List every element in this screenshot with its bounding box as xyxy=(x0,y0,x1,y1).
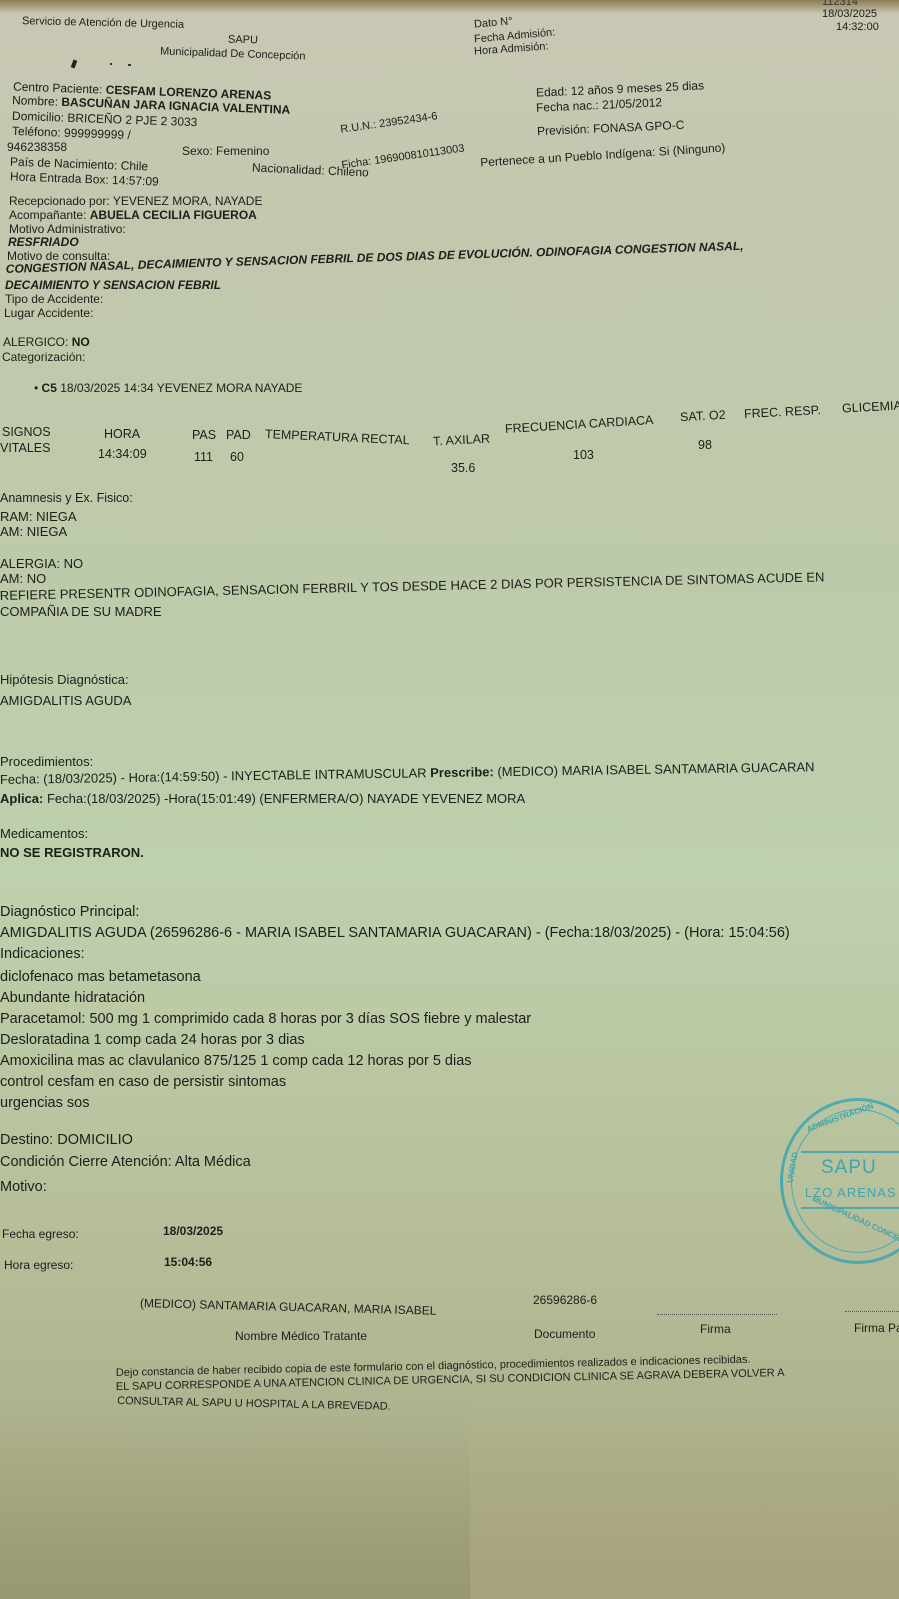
firma-label: Firma xyxy=(700,1322,731,1336)
vitals-header-hora: HORA xyxy=(104,427,140,441)
pueblo-label: Pertenece a un Pueblo Indígena: xyxy=(480,145,656,170)
hora-egreso-label: Hora egreso: xyxy=(4,1258,73,1272)
vitals-value-pad: 60 xyxy=(230,450,244,464)
firma-paciente-line xyxy=(845,1311,899,1312)
prevision-label: Previsión: xyxy=(537,122,590,138)
anamnesis-line: AM: NO xyxy=(0,571,46,586)
sexo: Sexo: Femenino xyxy=(182,144,269,158)
diagnostico-value: AMIGDALITIS AGUDA (26596286-6 - MARIA IS… xyxy=(0,925,790,941)
run-label: R.U.N.: xyxy=(340,119,377,136)
prevision-value: FONASA GPO-C xyxy=(593,118,685,136)
hipotesis-value: AMIGDALITIS AGUDA xyxy=(0,693,131,708)
paper-top-edge xyxy=(0,0,899,14)
indicaciones-title: Indicaciones: xyxy=(0,946,85,962)
telefono-value-2: 946238358 xyxy=(7,140,67,154)
municipality-name: Municipalidad De Concepción xyxy=(160,45,306,62)
indicacion-item: Desloratadina 1 comp cada 24 horas por 3… xyxy=(0,1032,305,1048)
aplica-value: Fecha:(18/03/2025) -Hora(15:01:49) (ENFE… xyxy=(43,791,525,806)
tipo-accidente-label: Tipo de Accidente: xyxy=(5,292,103,306)
pen-mark xyxy=(71,60,77,69)
indicacion-item: control cesfam en caso de persistir sint… xyxy=(0,1074,286,1090)
paper-fold-shadow-left xyxy=(0,1400,470,1599)
paper-fold-shadow-right xyxy=(470,1400,899,1599)
firma-paciente-label: Firma Paciente xyxy=(854,1321,899,1335)
vitals-value-sat-o2: 98 xyxy=(698,438,712,452)
hora-box-label: Hora Entrada Box: xyxy=(10,169,109,186)
medicamentos-value: NO SE REGISTRARON. xyxy=(0,845,144,860)
acompanante: Acompañante: ABUELA CECILIA FIGUEROA xyxy=(9,208,257,222)
sapu-stamp: ADMINISTRACIÓN UNIDAD SAPU LZO ARENAS MU… xyxy=(780,1098,899,1264)
anamnesis-line: COMPAÑIA DE SU MADRE xyxy=(0,604,162,619)
pueblo-value: Si (Ninguno) xyxy=(658,141,725,159)
motivo-administrativo-label: Motivo Administrativo: xyxy=(9,222,126,236)
categorizacion-label: Categorización: xyxy=(2,350,85,364)
pueblo-indigena: Pertenece a un Pueblo Indígena: Si (Ning… xyxy=(480,141,726,170)
ficha-value: 196900810113003 xyxy=(373,142,465,167)
procedimiento-prescribe: Fecha: (18/03/2025) - Hora:(14:59:50) - … xyxy=(0,759,815,787)
vitals-label-1: SIGNOS xyxy=(2,425,51,439)
run-value: 23952434-6 xyxy=(378,110,438,130)
vitals-header-glicemia: GLICEMIA xyxy=(842,398,899,415)
acompanante-label: Acompañante: xyxy=(9,208,86,222)
documento-label: Documento xyxy=(534,1327,595,1341)
recepcionado-por: Recepcionado por: YEVENEZ MORA, NAYADE xyxy=(9,194,262,208)
hora-box-value: 14:57:09 xyxy=(112,173,159,189)
condicion-cierre: Condición Cierre Atención: Alta Médica xyxy=(0,1154,251,1170)
destino-label: Destino: xyxy=(0,1132,53,1148)
recepcionado-label: Recepcionado por: xyxy=(9,194,110,208)
pen-dot xyxy=(110,63,112,65)
acompanante-value: ABUELA CECILIA FIGUEROA xyxy=(90,208,257,222)
service-name: Servicio de Atención de Urgencia xyxy=(22,15,184,31)
telefono-label: Teléfono: xyxy=(12,124,61,140)
stamp-title: SAPU xyxy=(821,1157,877,1179)
vitals-header-t-axilar: T. AXILAR xyxy=(433,432,491,449)
procedimiento-aplica: Aplica: Fecha:(18/03/2025) -Hora(15:01:4… xyxy=(0,791,525,806)
alergico-label: ALERGICO: xyxy=(3,335,68,349)
bullet-icon: • xyxy=(34,381,38,395)
fecha-egreso-value: 18/03/2025 xyxy=(163,1224,223,1238)
pen-dot xyxy=(128,64,131,66)
hora-admision-value: 14:32:00 xyxy=(836,21,879,33)
hipotesis-title: Hipótesis Diagnóstica: xyxy=(0,672,129,687)
vitals-header-sat-o2: SAT. O2 xyxy=(680,408,726,424)
motivo-consulta-line2: DECAIMIENTO Y SENSACION FEBRIL xyxy=(5,278,221,292)
domicilio-label: Domicilio: xyxy=(12,109,64,125)
vitals-header-pas: PAS xyxy=(192,428,216,442)
pais-value: Chile xyxy=(120,158,148,173)
vitals-value-pas: 111 xyxy=(194,450,213,464)
destino-value: DOMICILIO xyxy=(57,1132,133,1148)
prescribe-label: Prescribe: xyxy=(430,764,494,780)
anamnesis-title: Anamnesis y Ex. Fisico: xyxy=(0,491,133,505)
nacionalidad-label: Nacionalidad: xyxy=(252,160,325,177)
recepcionado-value: YEVENEZ MORA, NAYADE xyxy=(113,194,263,208)
alergico-value: NO xyxy=(72,335,90,349)
stamp-rule xyxy=(801,1207,899,1209)
edad-value: 12 años 9 meses 25 dias xyxy=(570,78,704,98)
firma-line xyxy=(657,1314,777,1315)
sexo-label: Sexo: xyxy=(182,144,213,158)
motivo-administrativo-value: RESFRIADO xyxy=(8,235,79,249)
stamp-rule xyxy=(801,1151,899,1153)
prescribe-value: (MEDICO) MARIA ISABEL SANTAMARIA GUACARA… xyxy=(494,759,815,779)
procedimientos-title: Procedimientos: xyxy=(0,754,93,769)
fecha-admision-value: 18/03/2025 xyxy=(822,8,877,20)
vitals-value-hora: 14:34:09 xyxy=(98,447,147,461)
anamnesis-line: AM: NIEGA xyxy=(0,524,67,539)
diagnostico-title: Diagnóstico Principal: xyxy=(0,904,139,920)
aplica-label: Aplica: xyxy=(0,791,43,806)
prevision: Previsión: FONASA GPO-C xyxy=(537,118,685,138)
sexo-value: Femenino xyxy=(216,144,269,158)
categorizacion-code: C5 xyxy=(42,381,57,395)
condicion-value: Alta Médica xyxy=(175,1154,251,1170)
categorizacion-item: • C5 18/03/2025 14:34 YEVENEZ MORA NAYAD… xyxy=(34,381,302,395)
indicacion-item: Abundante hidratación xyxy=(0,990,145,1006)
fecha-nac-value: 21/05/2012 xyxy=(602,95,663,112)
vitals-header-frec-resp: FREC. RESP. xyxy=(744,403,822,421)
dato-label: Dato N° xyxy=(474,15,514,30)
anamnesis-line: REFIERE PRESENTR ODINOFAGIA, SENSACION F… xyxy=(0,569,825,603)
nombre-label: Nombre: xyxy=(12,93,58,109)
run: R.U.N.: 23952434-6 xyxy=(340,110,439,136)
condicion-label: Condición Cierre Atención: xyxy=(0,1154,172,1170)
documento-value: 26596286-6 xyxy=(533,1293,597,1307)
telefono-value: 999999999 / xyxy=(64,126,131,142)
edad-label: Edad: xyxy=(536,84,568,99)
alergico: ALERGICO: NO xyxy=(3,335,90,349)
motivo-cierre-label: Motivo: xyxy=(0,1179,47,1195)
motivo-consulta-line1: CONGESTION NASAL, DECAIMIENTO Y SENSACIO… xyxy=(6,239,744,276)
vitals-value-t-axilar: 35.6 xyxy=(451,461,475,475)
org-short-name: SAPU xyxy=(228,34,258,47)
indicacion-item: urgencias sos xyxy=(0,1095,89,1111)
indicacion-item: diclofenaco mas betametasona xyxy=(0,969,201,985)
medico-tratante-value: (MEDICO) SANTAMARIA GUACARAN, MARIA ISAB… xyxy=(140,1296,437,1318)
vitals-header-temp-rectal: TEMPERATURA RECTAL xyxy=(265,427,410,447)
anamnesis-line: ALERGIA: NO xyxy=(0,556,83,571)
indicacion-item: Paracetamol: 500 mg 1 comprimido cada 8 … xyxy=(0,1011,531,1027)
medico-tratante-label: Nombre Médico Tratante xyxy=(235,1329,367,1343)
vitals-value-frec-cardiaca: 103 xyxy=(573,448,594,462)
fecha-nac-label: Fecha nac.: xyxy=(536,98,599,115)
hora-egreso-value: 15:04:56 xyxy=(164,1255,212,1269)
ficha: Ficha: 196900810113003 xyxy=(341,142,465,171)
destino: Destino: DOMICILIO xyxy=(0,1132,133,1148)
vitals-header-frec-cardiaca: FRECUENCIA CARDIACA xyxy=(505,413,654,436)
lugar-accidente-label: Lugar Accidente: xyxy=(4,306,93,320)
medicamentos-title: Medicamentos: xyxy=(0,826,88,841)
indicacion-item: Amoxicilina mas ac clavulanico 875/125 1… xyxy=(0,1053,472,1069)
fecha-egreso-label: Fecha egreso: xyxy=(2,1227,79,1241)
vitals-header-pad: PAD xyxy=(226,428,251,442)
categorizacion-detail: 18/03/2025 14:34 YEVENEZ MORA NAYADE xyxy=(60,381,302,395)
dato-value: 112314 xyxy=(822,0,858,8)
anamnesis-line: RAM: NIEGA xyxy=(0,509,77,524)
vitals-label-2: VITALES xyxy=(0,441,50,455)
